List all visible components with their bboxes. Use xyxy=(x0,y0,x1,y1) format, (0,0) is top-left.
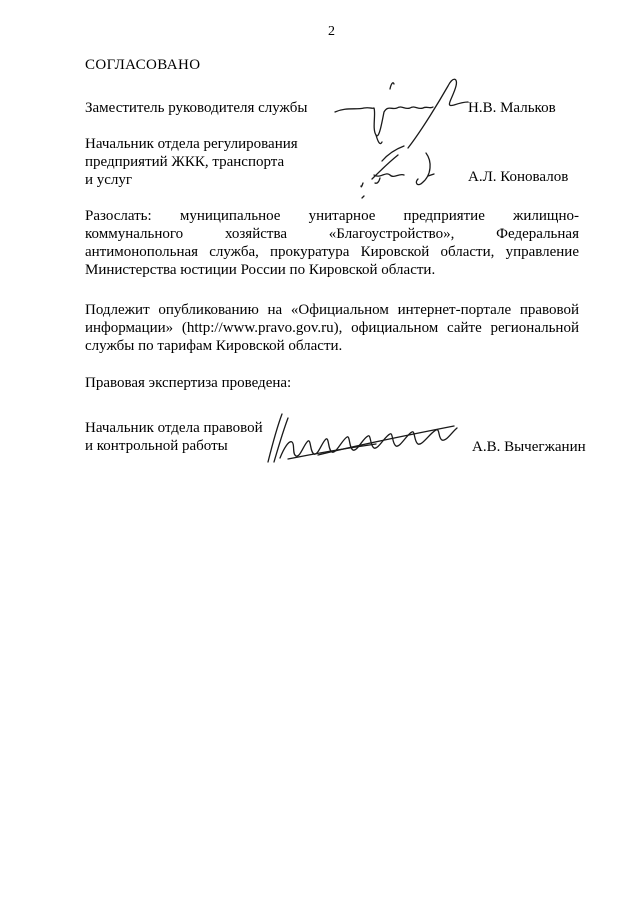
signature-vychegzhanin xyxy=(258,406,462,468)
signatory-name-malkov: Н.В. Мальков xyxy=(468,100,556,117)
signature-vychegzhanin-scribble xyxy=(258,406,462,468)
distribution-paragraph: Разослать: муниципальное унитарное предп… xyxy=(85,207,579,279)
publication-paragraph: Подлежит опубликованию на «Официальном и… xyxy=(85,301,579,355)
signature-konovalov xyxy=(358,145,443,203)
signatory-title-deputy-head: Заместитель руководителя службы xyxy=(85,99,307,117)
signatory-title-regulation-head: Начальник отдела регулирования предприят… xyxy=(85,135,335,189)
page-number: 2 xyxy=(85,24,578,40)
signatory-name-konovalov: А.Л. Коновалов xyxy=(468,169,568,186)
signatory-name-vychegzhanin: А.В. Вычегжанин xyxy=(472,439,586,456)
legal-review-label: Правовая экспертиза проведена: xyxy=(85,374,291,392)
approved-heading: СОГЛАСОВАНО xyxy=(85,57,200,74)
title-line: и услуг xyxy=(85,171,335,189)
title-line: предприятий ЖКК, транспорта xyxy=(85,153,335,171)
title-line: Начальник отдела регулирования xyxy=(85,135,335,153)
signature-konovalov-scribble xyxy=(358,145,443,203)
